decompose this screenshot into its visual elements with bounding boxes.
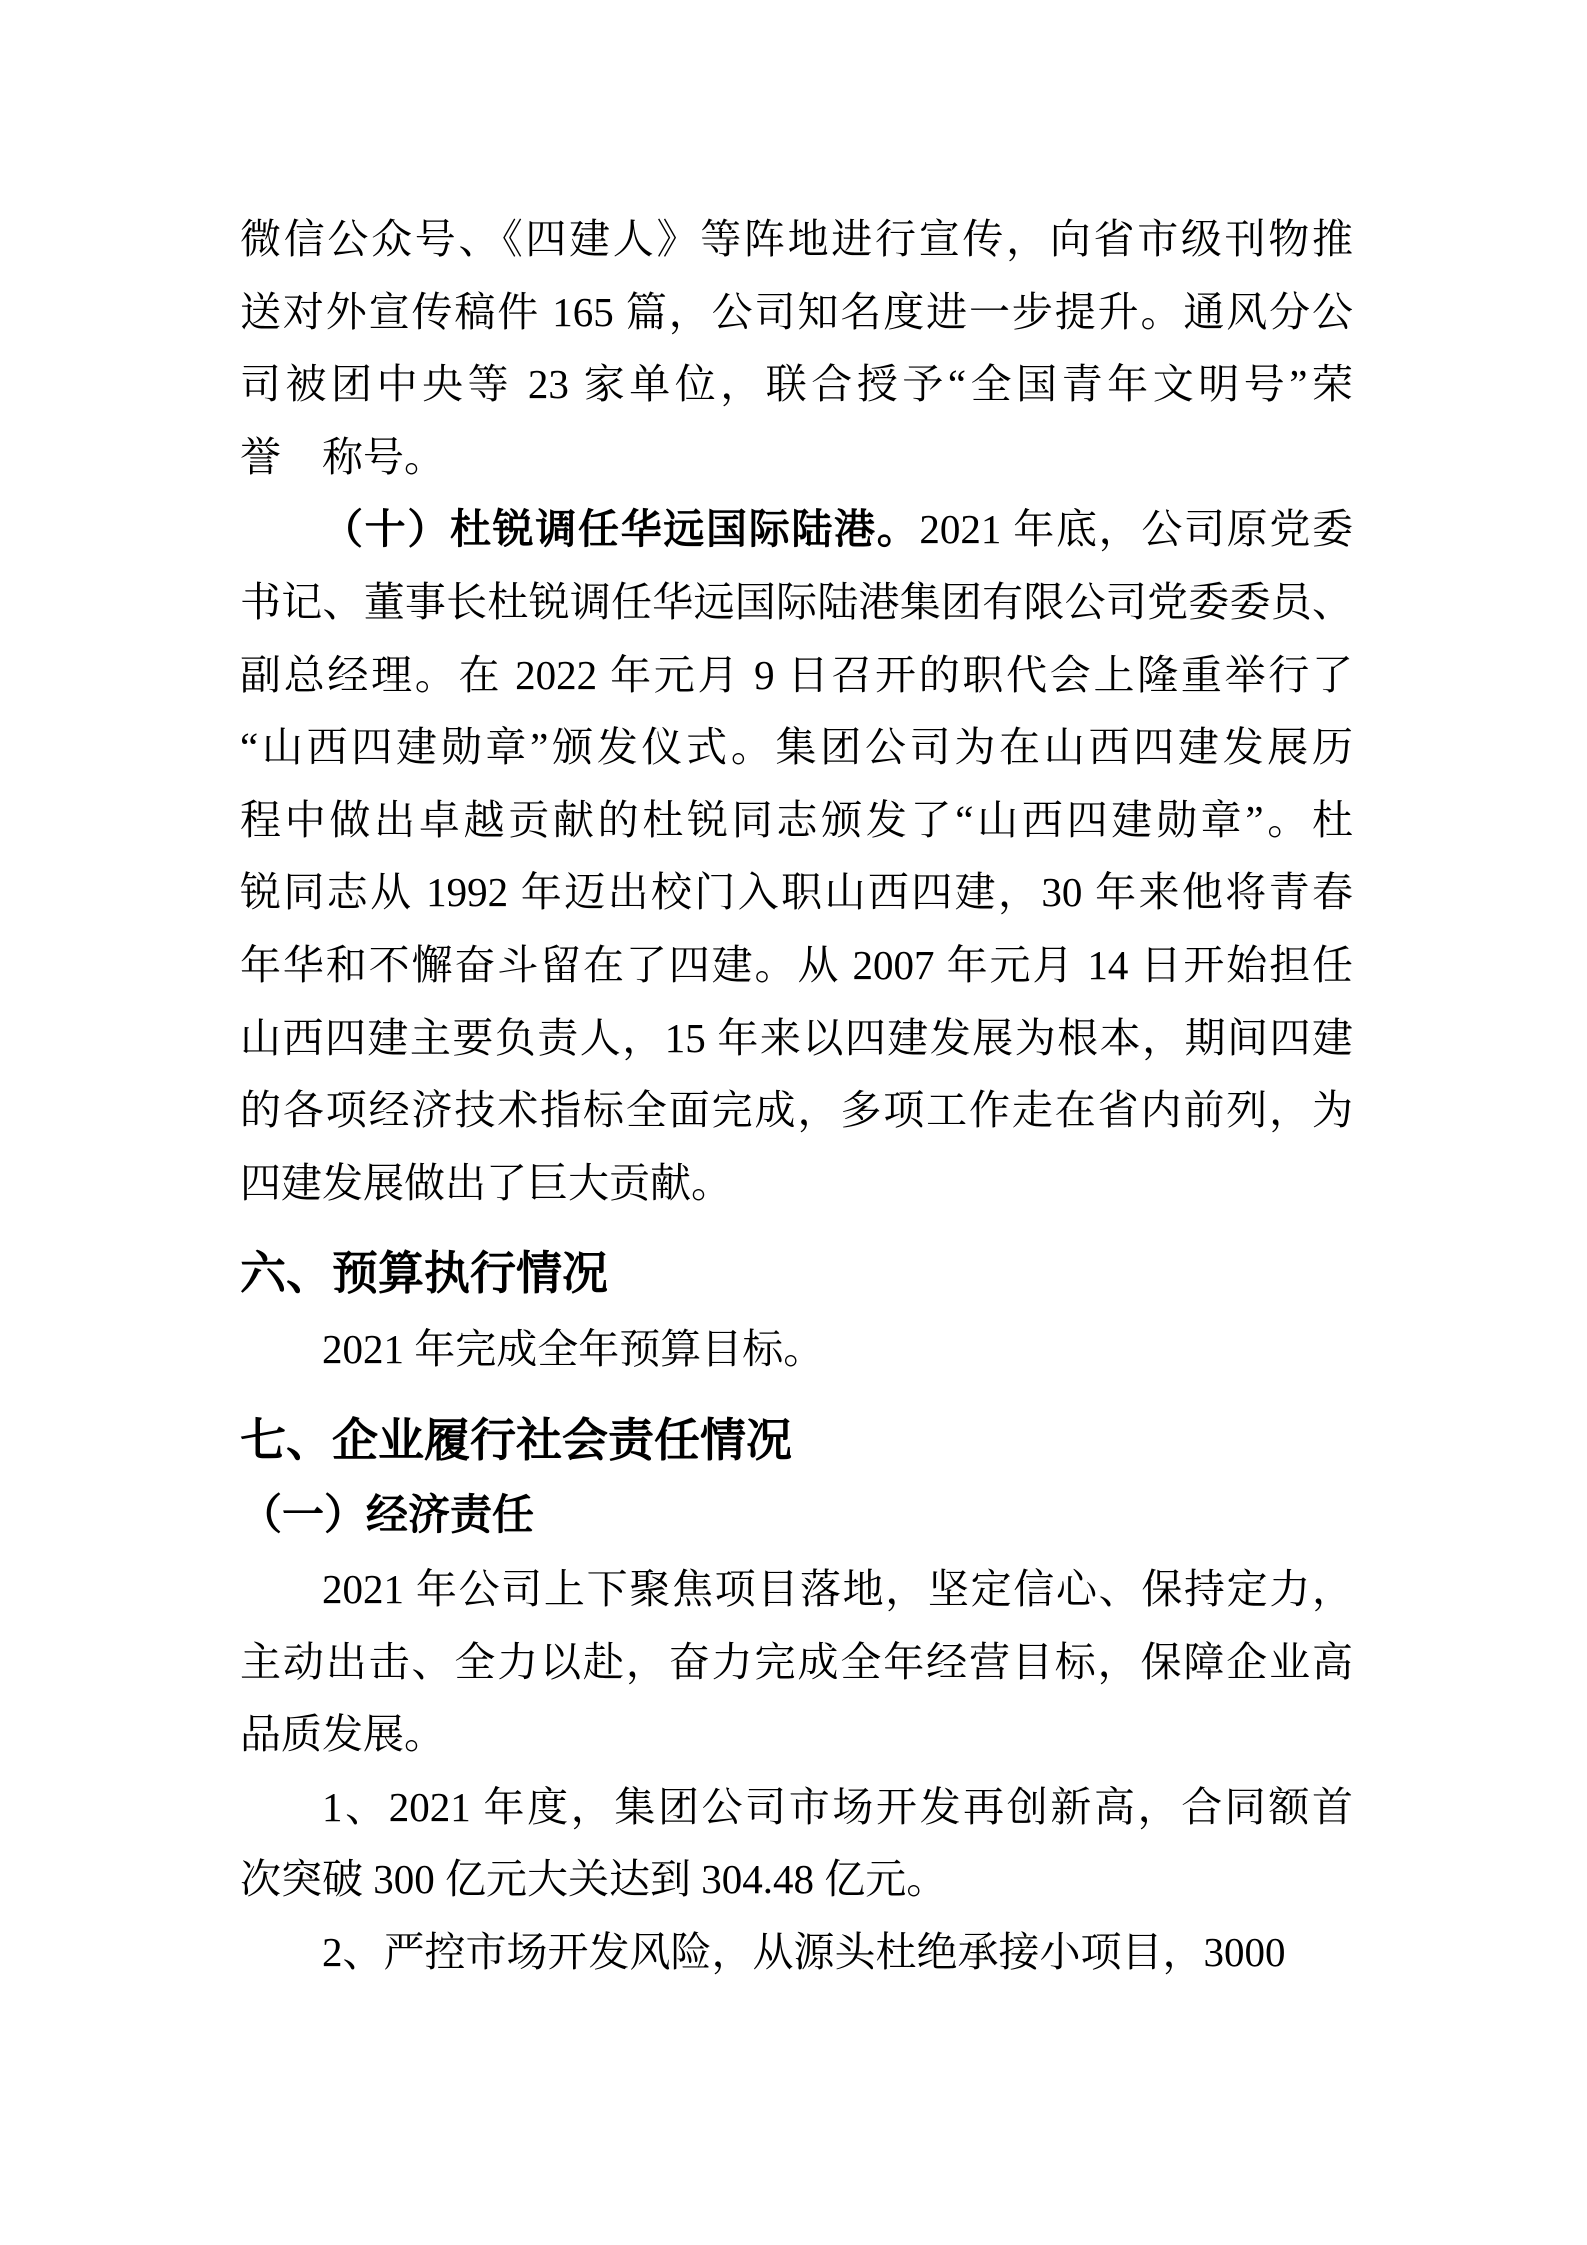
body-text: 送对外宣传稿件 165 篇，公司知名度进一步提升。通风分公 (240, 289, 1353, 335)
text-line: 的各项经济技术指标全面完成，多项工作走在省内前列，为 (240, 1074, 1353, 1147)
text-line: 山西四建主要负责人，15 年来以四建发展为根本，期间四建 (240, 1002, 1353, 1075)
text-line: 锐同志从 1992 年迈出校门入职山西四建，30 年来他将青春 (240, 856, 1353, 929)
paragraph-6: 2、严控市场开发风险，从源头杜绝承接小项目，3000 (240, 1916, 1353, 1989)
paragraph-5: 1、2021 年度，集团公司市场开发再创新高，合同额首次突破 300 亿元大关达… (240, 1771, 1353, 1916)
paragraph-2: （十）杜锐调任华远国际陆港。2021 年底，公司原党委书记、董事长杜锐调任华远国… (240, 493, 1353, 1219)
text-line: 品质发展。 (240, 1698, 1353, 1771)
bold-lead-text: （十）杜锐调任华远国际陆港。 (322, 506, 919, 552)
body-text: 司被团中央等 23 家单位，联合授予“全国青年文明号”荣 (240, 361, 1353, 407)
body-text: 2021 年完成全年预算目标。 (322, 1326, 824, 1372)
text-line: 次突破 300 亿元大关达到 304.48 亿元。 (240, 1843, 1353, 1916)
body-text: 2021 年底，公司原党委 (919, 506, 1353, 552)
body-text: 2、严控市场开发风险，从源头杜绝承接小项目，3000 (322, 1929, 1286, 1975)
text-line: 送对外宣传稿件 165 篇，公司知名度进一步提升。通风分公 (240, 276, 1353, 349)
text-line: 2021 年完成全年预算目标。 (240, 1313, 1353, 1386)
body-text: 次突破 300 亿元大关达到 304.48 亿元。 (240, 1856, 947, 1902)
paragraph-3: 2021 年完成全年预算目标。 (240, 1313, 1353, 1386)
body-text: 主动出击、全力以赴，奋力完成全年经营目标，保障企业高 (240, 1639, 1353, 1685)
text-line: 微信公众号、《四建人》等阵地进行宣传，向省市级刊物推 (240, 203, 1353, 276)
body-text: 书记、董事长杜锐调任华远国际陆港集团有限公司党委委员、 (240, 579, 1353, 625)
text-line: 四建发展做出了巨大贡献。 (240, 1147, 1353, 1220)
paragraph-4: 2021 年公司上下聚焦项目落地，坚定信心、保持定力，主动出击、全力以赴，奋力完… (240, 1553, 1353, 1771)
body-text: “山西四建勋章”颁发仪式。集团公司为在山西四建发展历 (240, 724, 1353, 770)
text-line: 书记、董事长杜锐调任华远国际陆港集团有限公司党委委员、 (240, 566, 1353, 639)
text-line: 誉 称号。 (240, 421, 1353, 494)
section-heading-1: 六、预算执行情况 (240, 1233, 1353, 1313)
text-line: 2021 年公司上下聚焦项目落地，坚定信心、保持定力， (240, 1553, 1353, 1626)
body-text: 微信公众号、《四建人》等阵地进行宣传，向省市级刊物推 (240, 216, 1353, 262)
body-text: 锐同志从 1992 年迈出校门入职山西四建，30 年来他将青春 (240, 869, 1353, 915)
document-page: 微信公众号、《四建人》等阵地进行宣传，向省市级刊物推送对外宣传稿件 165 篇，… (0, 0, 1587, 2245)
document-body: 微信公众号、《四建人》等阵地进行宣传，向省市级刊物推送对外宣传稿件 165 篇，… (240, 203, 1353, 1988)
text-line: 副总经理。在 2022 年元月 9 日召开的职代会上隆重举行了 (240, 639, 1353, 712)
body-text: 副总经理。在 2022 年元月 9 日召开的职代会上隆重举行了 (240, 652, 1353, 698)
body-text: 山西四建主要负责人，15 年来以四建发展为根本，期间四建 (240, 1015, 1353, 1061)
body-text: 的各项经济技术指标全面完成，多项工作走在省内前列，为 (240, 1087, 1353, 1133)
text-line: “山西四建勋章”颁发仪式。集团公司为在山西四建发展历 (240, 711, 1353, 784)
section-heading-3: （一）经济责任 (240, 1480, 1353, 1553)
body-text: 年华和不懈奋斗留在了四建。从 2007 年元月 14 日开始担任 (240, 942, 1353, 988)
text-line: 1、2021 年度，集团公司市场开发再创新高，合同额首 (240, 1771, 1353, 1844)
body-text: 品质发展。 (240, 1711, 445, 1757)
body-text: 誉 称号。 (240, 434, 445, 480)
body-text: 2021 年公司上下聚焦项目落地，坚定信心、保持定力， (322, 1566, 1353, 1612)
text-line: （十）杜锐调任华远国际陆港。2021 年底，公司原党委 (240, 493, 1353, 566)
text-line: 主动出击、全力以赴，奋力完成全年经营目标，保障企业高 (240, 1626, 1353, 1699)
body-text: 四建发展做出了巨大贡献。 (240, 1160, 732, 1206)
body-text: 1、2021 年度，集团公司市场开发再创新高，合同额首 (322, 1784, 1353, 1830)
text-line: 程中做出卓越贡献的杜锐同志颁发了“山西四建勋章”。杜 (240, 784, 1353, 857)
text-line: 年华和不懈奋斗留在了四建。从 2007 年元月 14 日开始担任 (240, 929, 1353, 1002)
body-text: 程中做出卓越贡献的杜锐同志颁发了“山西四建勋章”。杜 (240, 797, 1353, 843)
text-line: 司被团中央等 23 家单位，联合授予“全国青年文明号”荣 (240, 348, 1353, 421)
text-line: 2、严控市场开发风险，从源头杜绝承接小项目，3000 (240, 1916, 1353, 1989)
paragraph-1: 微信公众号、《四建人》等阵地进行宣传，向省市级刊物推送对外宣传稿件 165 篇，… (240, 203, 1353, 493)
section-heading-2: 七、企业履行社会责任情况 (240, 1400, 1353, 1480)
